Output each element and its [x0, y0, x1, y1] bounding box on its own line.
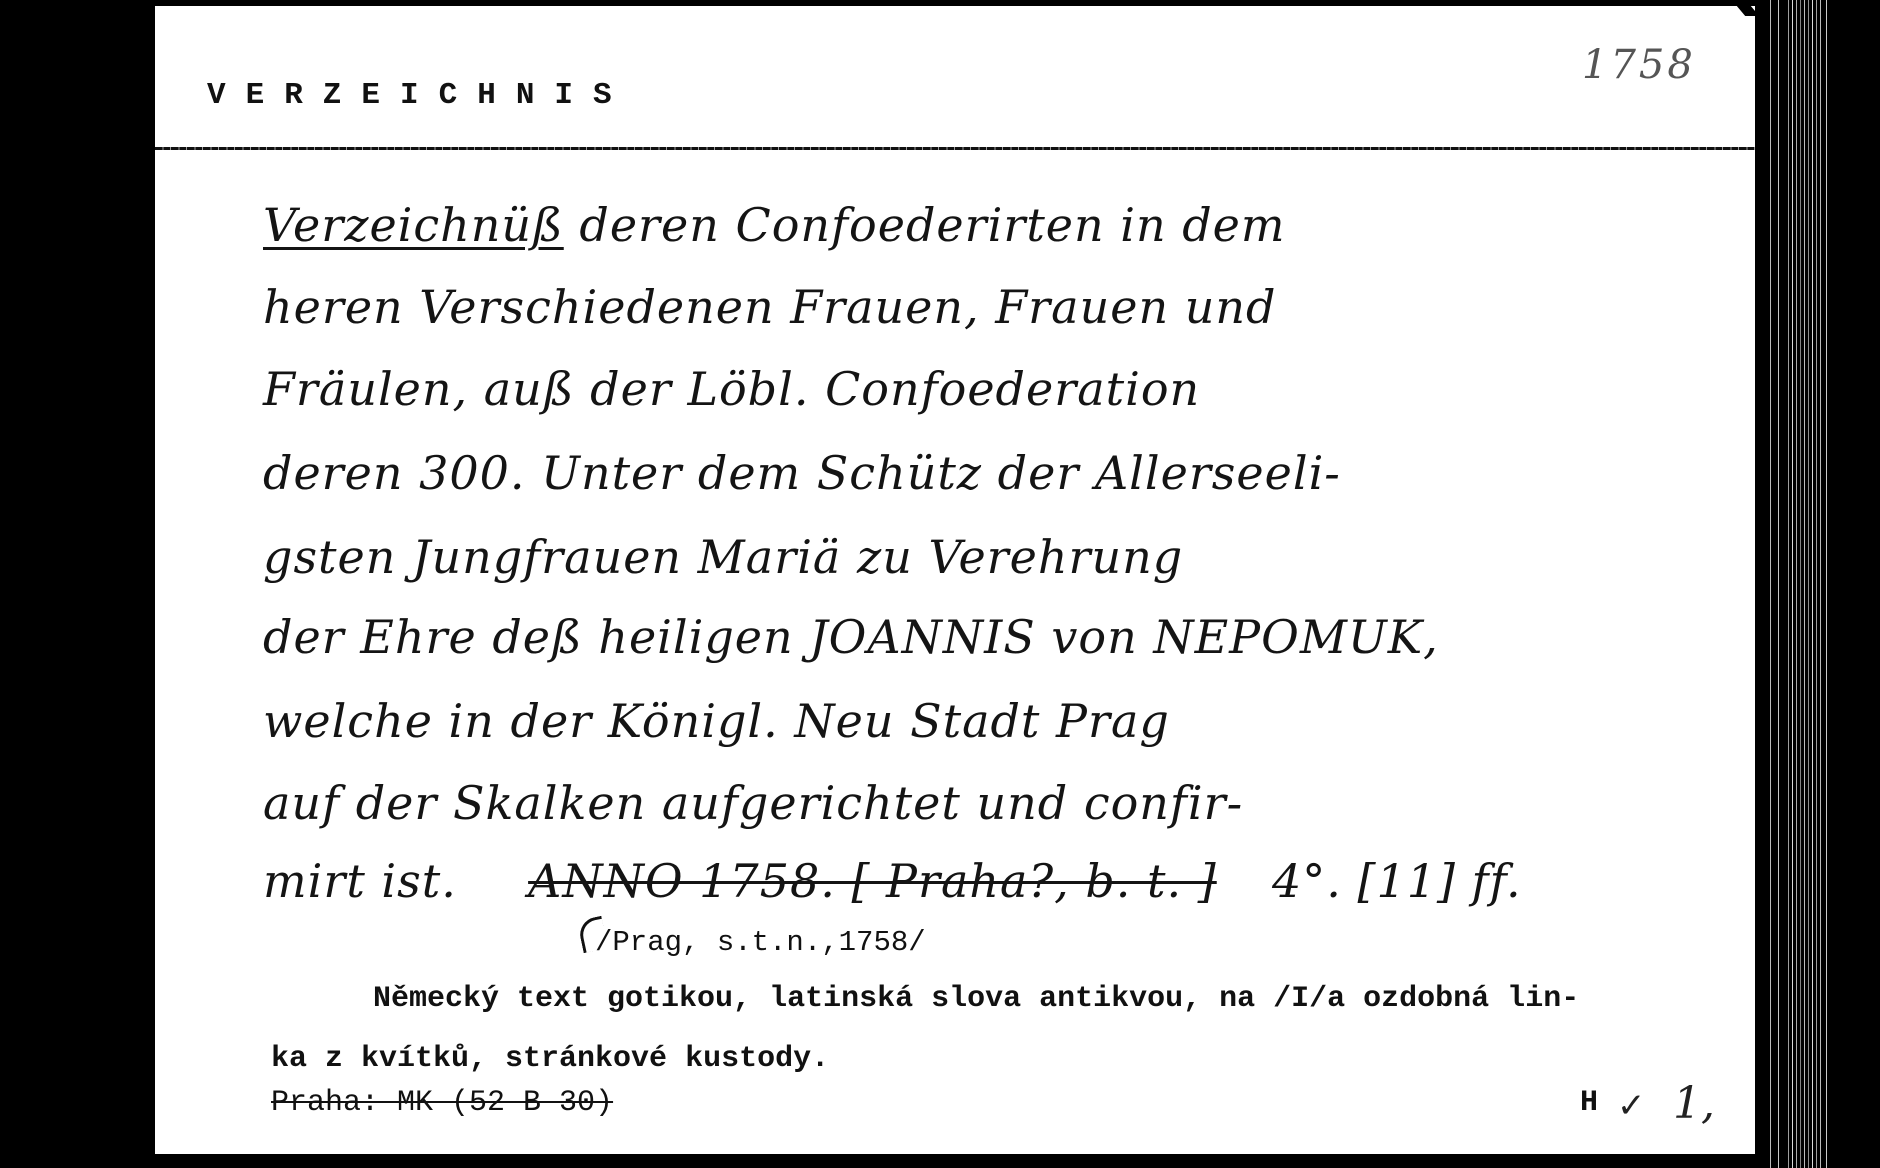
- imprint-correction: /Prag, s.t.n.,1758/: [595, 926, 926, 959]
- handwritten-line-5: gsten Jungfrauen Mariä zu Verehrung: [263, 530, 1743, 584]
- check-mark-icon: ✓: [1617, 1086, 1646, 1126]
- struck-imprint: ANNO 1758. [ Praha?, b. t. ]: [528, 854, 1217, 908]
- handwritten-line-4: deren 300. Unter dem Schütz der Allersee…: [263, 446, 1743, 500]
- description-line-2: ka z kvítků, stránkové kustody.: [271, 1042, 829, 1076]
- handwritten-line-7: welche in der Königl. Neu Stadt Prag: [263, 694, 1743, 748]
- underlined-title-word: Verzeichnüß: [263, 198, 564, 252]
- year-note: 1758: [1582, 42, 1696, 88]
- handwritten-line-8: auf der Skalken aufgerichtet und confir-: [263, 776, 1743, 830]
- handwritten-line-2: heren Verschiedenen Frauen, Frauen und: [263, 280, 1743, 334]
- shelf-letter: H: [1580, 1086, 1598, 1120]
- description-line-1: Německý text gotikou, latinská slova ant…: [373, 982, 1579, 1016]
- location-struck: Praha: MK (52 B 30): [271, 1086, 613, 1120]
- handwritten-line-1-rest: deren Confoederirten in dem: [579, 198, 1285, 252]
- handwritten-line-9-text: mirt ist.: [263, 854, 457, 908]
- handwritten-line-6: der Ehre deß heiligen JOANNIS von NEPOMU…: [263, 610, 1743, 664]
- catalog-card: VERZEICHNIS 1758 Verzeichnüß deren Confo…: [155, 6, 1755, 1154]
- handwritten-line-3: Fräulen, auß der Löbl. Confoederation: [263, 362, 1743, 416]
- scanner-edge-stripes: [1756, 0, 1848, 1168]
- handwritten-line-1: Verzeichnüß deren Confoederirten in dem: [263, 198, 1743, 252]
- card-number: 1,: [1673, 1078, 1715, 1129]
- format-note: 4°. [11] ff.: [1272, 854, 1522, 908]
- handwritten-line-9: mirt ist. ANNO 1758. [ Praha?, b. t. ] 4…: [263, 854, 1743, 908]
- card-header-title: VERZEICHNIS: [207, 78, 632, 113]
- header-divider: [155, 147, 1755, 150]
